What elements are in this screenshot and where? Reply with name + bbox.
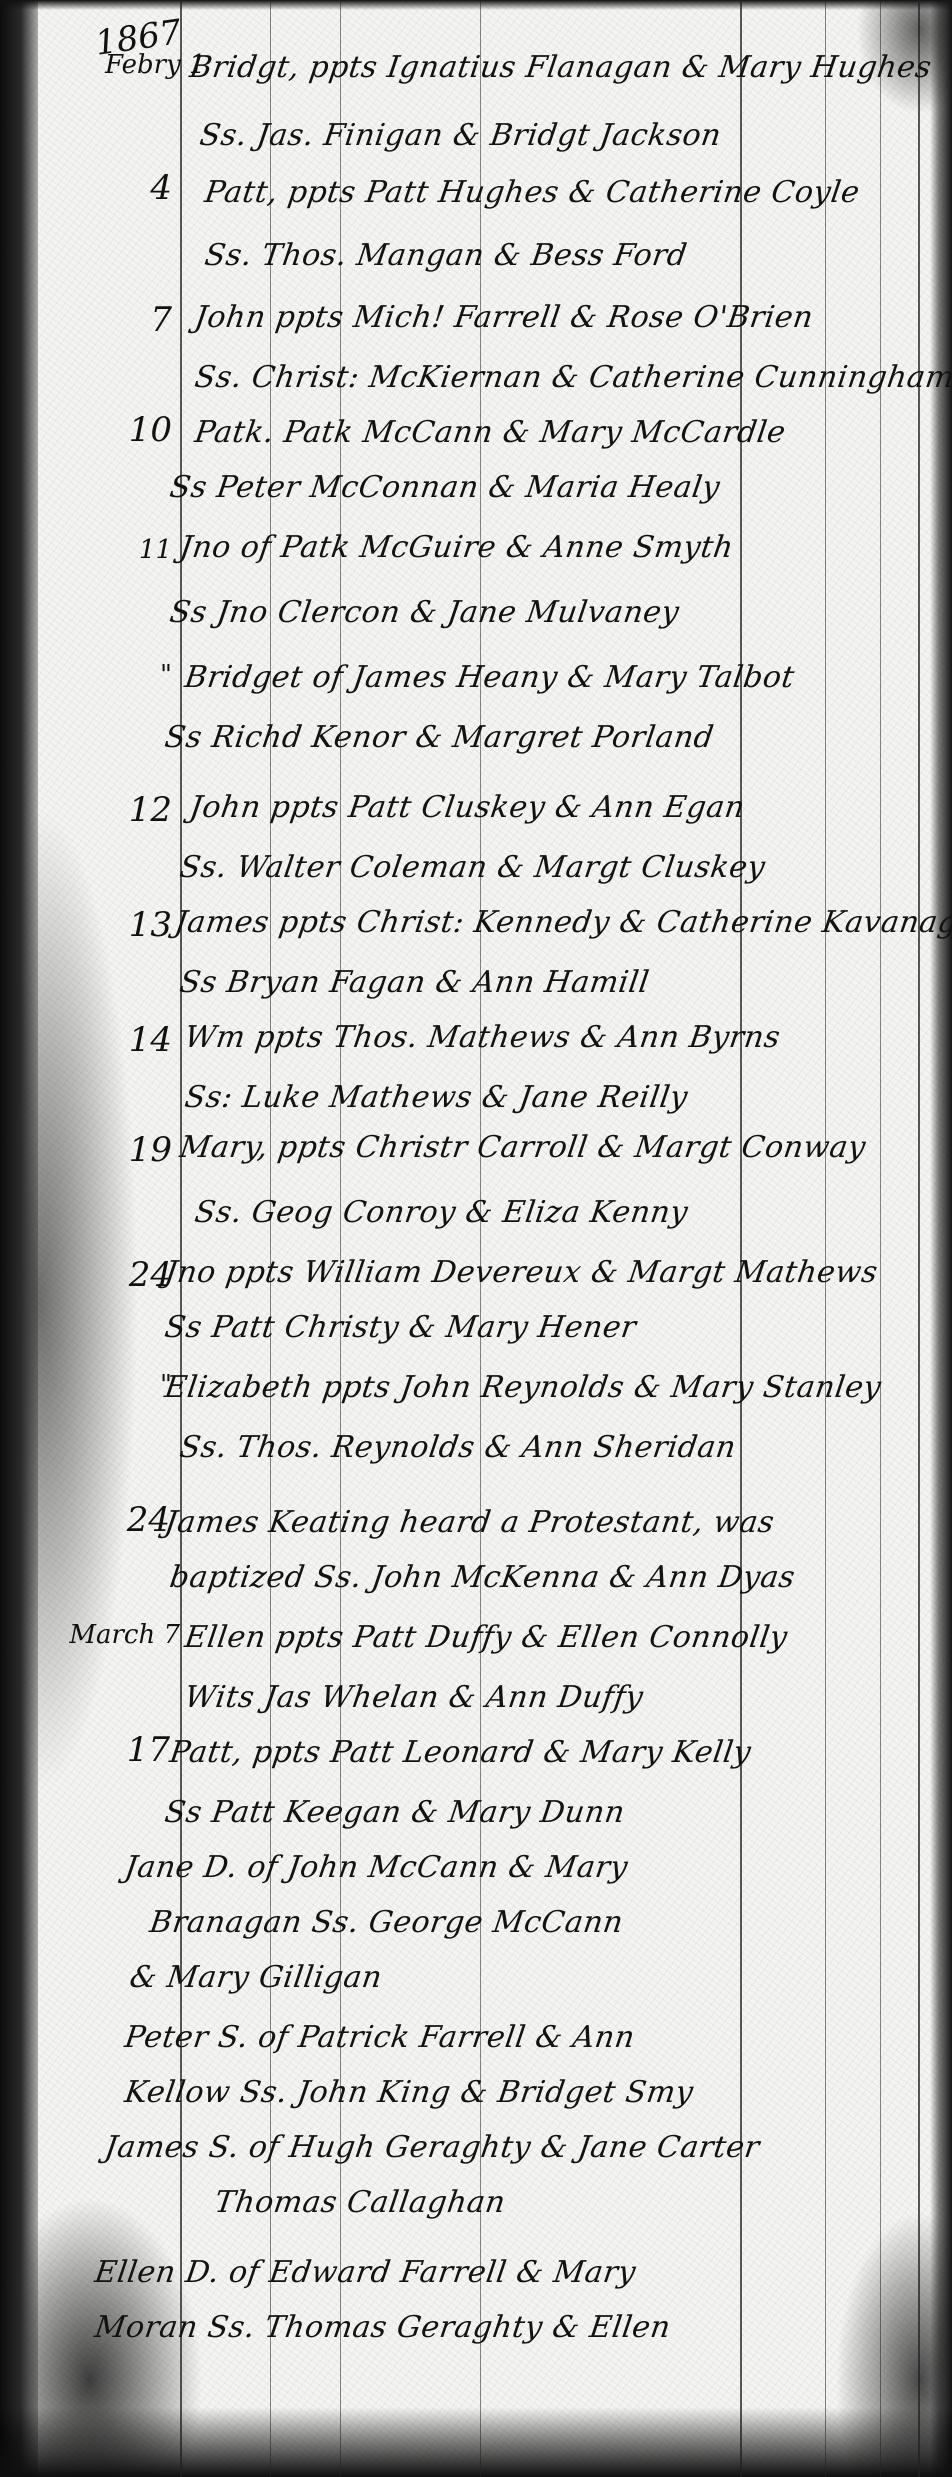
page-edge-shadow-top (0, 0, 952, 10)
entry-line: Ellen ppts Patt Duffy & Ellen Connolly (183, 1620, 790, 1655)
entry-line: Jane D. of John McCann & Mary (123, 1850, 631, 1885)
entry-date: 13 (100, 905, 172, 945)
entry-line: baptized Ss. John McKenna & Ann Dyas (168, 1560, 798, 1595)
entry-line: Bridget of James Heany & Mary Talbot (183, 660, 797, 695)
entry-line: Ss. Thos. Reynolds & Ann Sheridan (178, 1430, 739, 1465)
entry-date: 19 (100, 1130, 172, 1170)
entry-line: Ss. Geog Conroy & Eliza Kenny (193, 1195, 691, 1230)
entry-line: Wits Jas Whelan & Ann Duffy (183, 1680, 646, 1715)
entry-date: 14 (100, 1020, 172, 1060)
entry-line: Peter S. of Patrick Farrell & Ann (123, 2020, 638, 2055)
entry-line: Ss. Christ: McKiernan & Catherine Cunnin… (193, 360, 952, 395)
entry-line: Patt, ppts Patt Hughes & Catherine Coyle (203, 175, 862, 210)
entry-line: Ss Patt Keegan & Mary Dunn (163, 1795, 628, 1830)
entry-line: Ss Patt Christy & Mary Hener (163, 1310, 639, 1345)
entry-line: Moran Ss. Thomas Geraghty & Ellen (93, 2310, 673, 2345)
entry-line: Patk. Patk McCann & Mary McCardle (193, 415, 788, 450)
entry-date: 7 (110, 300, 172, 340)
entry-line: James ppts Christ: Kennedy & Catherine K… (173, 905, 952, 940)
entry-line: Ss Peter McConnan & Maria Healy (168, 470, 723, 505)
register-page: 1867 Febry 1 Bridgt, ppts Ignatius Flana… (0, 0, 952, 2477)
entry-line: Ellen D. of Edward Farrell & Mary (93, 2255, 639, 2290)
entry-line: Ss Bryan Fagan & Ann Hamill (178, 965, 652, 1000)
entry-line: Bridgt, ppts Ignatius Flanagan & Mary Hu… (188, 50, 934, 85)
entry-date: 11 (100, 535, 172, 565)
entry-date: " (100, 660, 172, 690)
entry-line: Ss: Luke Mathews & Jane Reilly (183, 1080, 690, 1115)
entry-line: Patt, ppts Patt Leonard & Mary Kelly (168, 1735, 754, 1770)
page-edge-shadow-left (0, 0, 38, 2477)
entry-line: Ss. Walter Coleman & Margt Cluskey (178, 850, 768, 885)
entry-line: Kellow Ss. John King & Bridget Smy (123, 2075, 696, 2110)
entry-line: & Mary Gilligan (128, 1960, 385, 1995)
entry-line: Ss Jno Clercon & Jane Mulvaney (168, 595, 682, 630)
page-edge-shadow-bottom (0, 2407, 952, 2477)
entry-date: 12 (100, 790, 172, 830)
entry-line: Branagan Ss. George McCann (148, 1905, 626, 1940)
entry-line: Wm ppts Thos. Mathews & Ann Byrns (183, 1020, 783, 1055)
entry-date: 24 (100, 1255, 172, 1295)
entry-line: Thomas Callaghan (213, 2185, 508, 2220)
entry-line: Ss Richd Kenor & Margret Porland (163, 720, 717, 755)
entry-date: 17 (90, 1730, 170, 1770)
entry-line: John ppts Mich! Farrell & Rose O'Brien (193, 300, 816, 335)
entry-date: 4 (110, 168, 172, 208)
entry-line: James S. of Hugh Geraghty & Jane Carter (103, 2130, 762, 2165)
entry-line: John ppts Patt Cluskey & Ann Egan (188, 790, 748, 825)
entry-line: Elizabeth ppts John Reynolds & Mary Stan… (163, 1370, 884, 1405)
entry-line: James Keating heard a Protestant, was (163, 1505, 777, 1540)
entry-date: 24 (90, 1500, 170, 1540)
entry-date: Febry 1 (105, 50, 175, 80)
entry-date: March 7 (20, 1620, 180, 1650)
entry-date: 10 (100, 410, 172, 450)
entry-line: Jno ppts William Devereux & Margt Mathew… (163, 1255, 880, 1290)
entry-line: Ss. Thos. Mangan & Bess Ford (203, 238, 690, 273)
entry-line: Jno of Patk McGuire & Anne Smyth (178, 530, 736, 565)
entry-line: Ss. Jas. Finigan & Bridgt Jackson (198, 118, 724, 153)
entry-line: Mary, ppts Christr Carroll & Margt Conwa… (178, 1130, 868, 1165)
entry-date: " (100, 1370, 172, 1400)
